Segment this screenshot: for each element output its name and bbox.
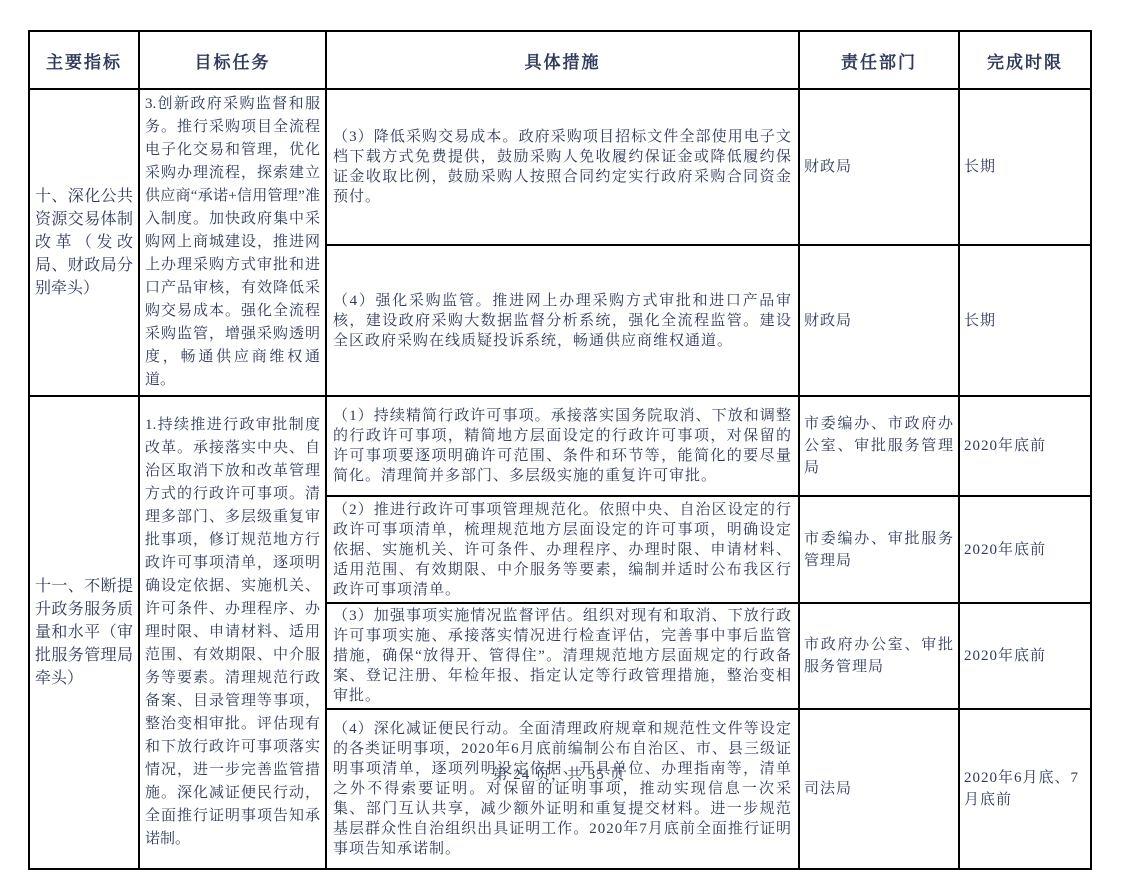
department-cell: 市委编办、市政府办公室、审批服务管理局 xyxy=(799,396,959,496)
task-section-11: 1.持续推进行政审批制度改革。承接落实中央、自治区取消下放和改革管理方式的行政许… xyxy=(139,396,326,869)
deadline-cell: 2020年底前 xyxy=(959,396,1091,496)
deadline-cell: 2020年底前 xyxy=(959,603,1091,709)
measure-text: （3）加强事项实施情况监督评估。组织对现有和取消、下放行政许可事项实施、承接落实… xyxy=(326,603,799,709)
page-number-footer: 第 24 页，共 35 页 xyxy=(28,763,1090,784)
task-section-10: 3.创新政府采购监督和服务。推行采购项目全流程电子化交易和管理，优化采购办理流程… xyxy=(139,89,326,396)
deadline-cell: 2020年底前 xyxy=(959,496,1091,603)
measure-text: （4）强化采购监管。推进网上办理采购方式审批和进口产品审核，建设政府采购大数据监… xyxy=(326,245,799,396)
header-target-task: 目标任务 xyxy=(139,31,326,89)
indicator-section-11: 十一、不断提升政务服务质量和水平（审批服务管理局牵头） xyxy=(29,396,139,869)
department-cell: 财政局 xyxy=(799,245,959,396)
header-main-indicator: 主要指标 xyxy=(29,31,139,89)
deadline-cell: 长期 xyxy=(959,245,1091,396)
department-cell: 司法局 xyxy=(799,709,959,869)
measure-text: （2）推进行政许可事项管理规范化。依照中央、自治区设定的行政许可事项清单，梳理规… xyxy=(326,496,799,603)
measure-text: （3）降低采购交易成本。政府采购项目招标文件全部使用电子文档下载方式免费提供，鼓… xyxy=(326,89,799,245)
deadline-cell: 2020年6月底、7月底前 xyxy=(959,709,1091,869)
table-row: 十一、不断提升政务服务质量和水平（审批服务管理局牵头） 1.持续推进行政审批制度… xyxy=(29,396,1091,496)
department-cell: 市委编办、审批服务管理局 xyxy=(799,496,959,603)
indicator-section-10: 十、深化公共资源交易体制改革（发改局、财政局分别牵头） xyxy=(29,89,139,396)
deadline-cell: 长期 xyxy=(959,89,1091,245)
header-responsible-department: 责任部门 xyxy=(799,31,959,89)
department-cell: 市政府办公室、审批服务管理局 xyxy=(799,603,959,709)
measure-text: （4）深化减证便民行动。全面清理政府规章和规范性文件等设定的各类证明事项，202… xyxy=(326,709,799,869)
department-cell: 财政局 xyxy=(799,89,959,245)
header-completion-deadline: 完成时限 xyxy=(959,31,1091,89)
policy-measures-table: 主要指标 目标任务 具体措施 责任部门 完成时限 十、深化公共资源交易体制改革（… xyxy=(28,30,1092,870)
table-row: 十、深化公共资源交易体制改革（发改局、财政局分别牵头） 3.创新政府采购监督和服… xyxy=(29,89,1091,245)
measure-text: （1）持续精简行政许可事项。承接落实国务院取消、下放和调整的行政许可事项，精简地… xyxy=(326,396,799,496)
header-specific-measures: 具体措施 xyxy=(326,31,799,89)
table-header-row: 主要指标 目标任务 具体措施 责任部门 完成时限 xyxy=(29,31,1091,89)
